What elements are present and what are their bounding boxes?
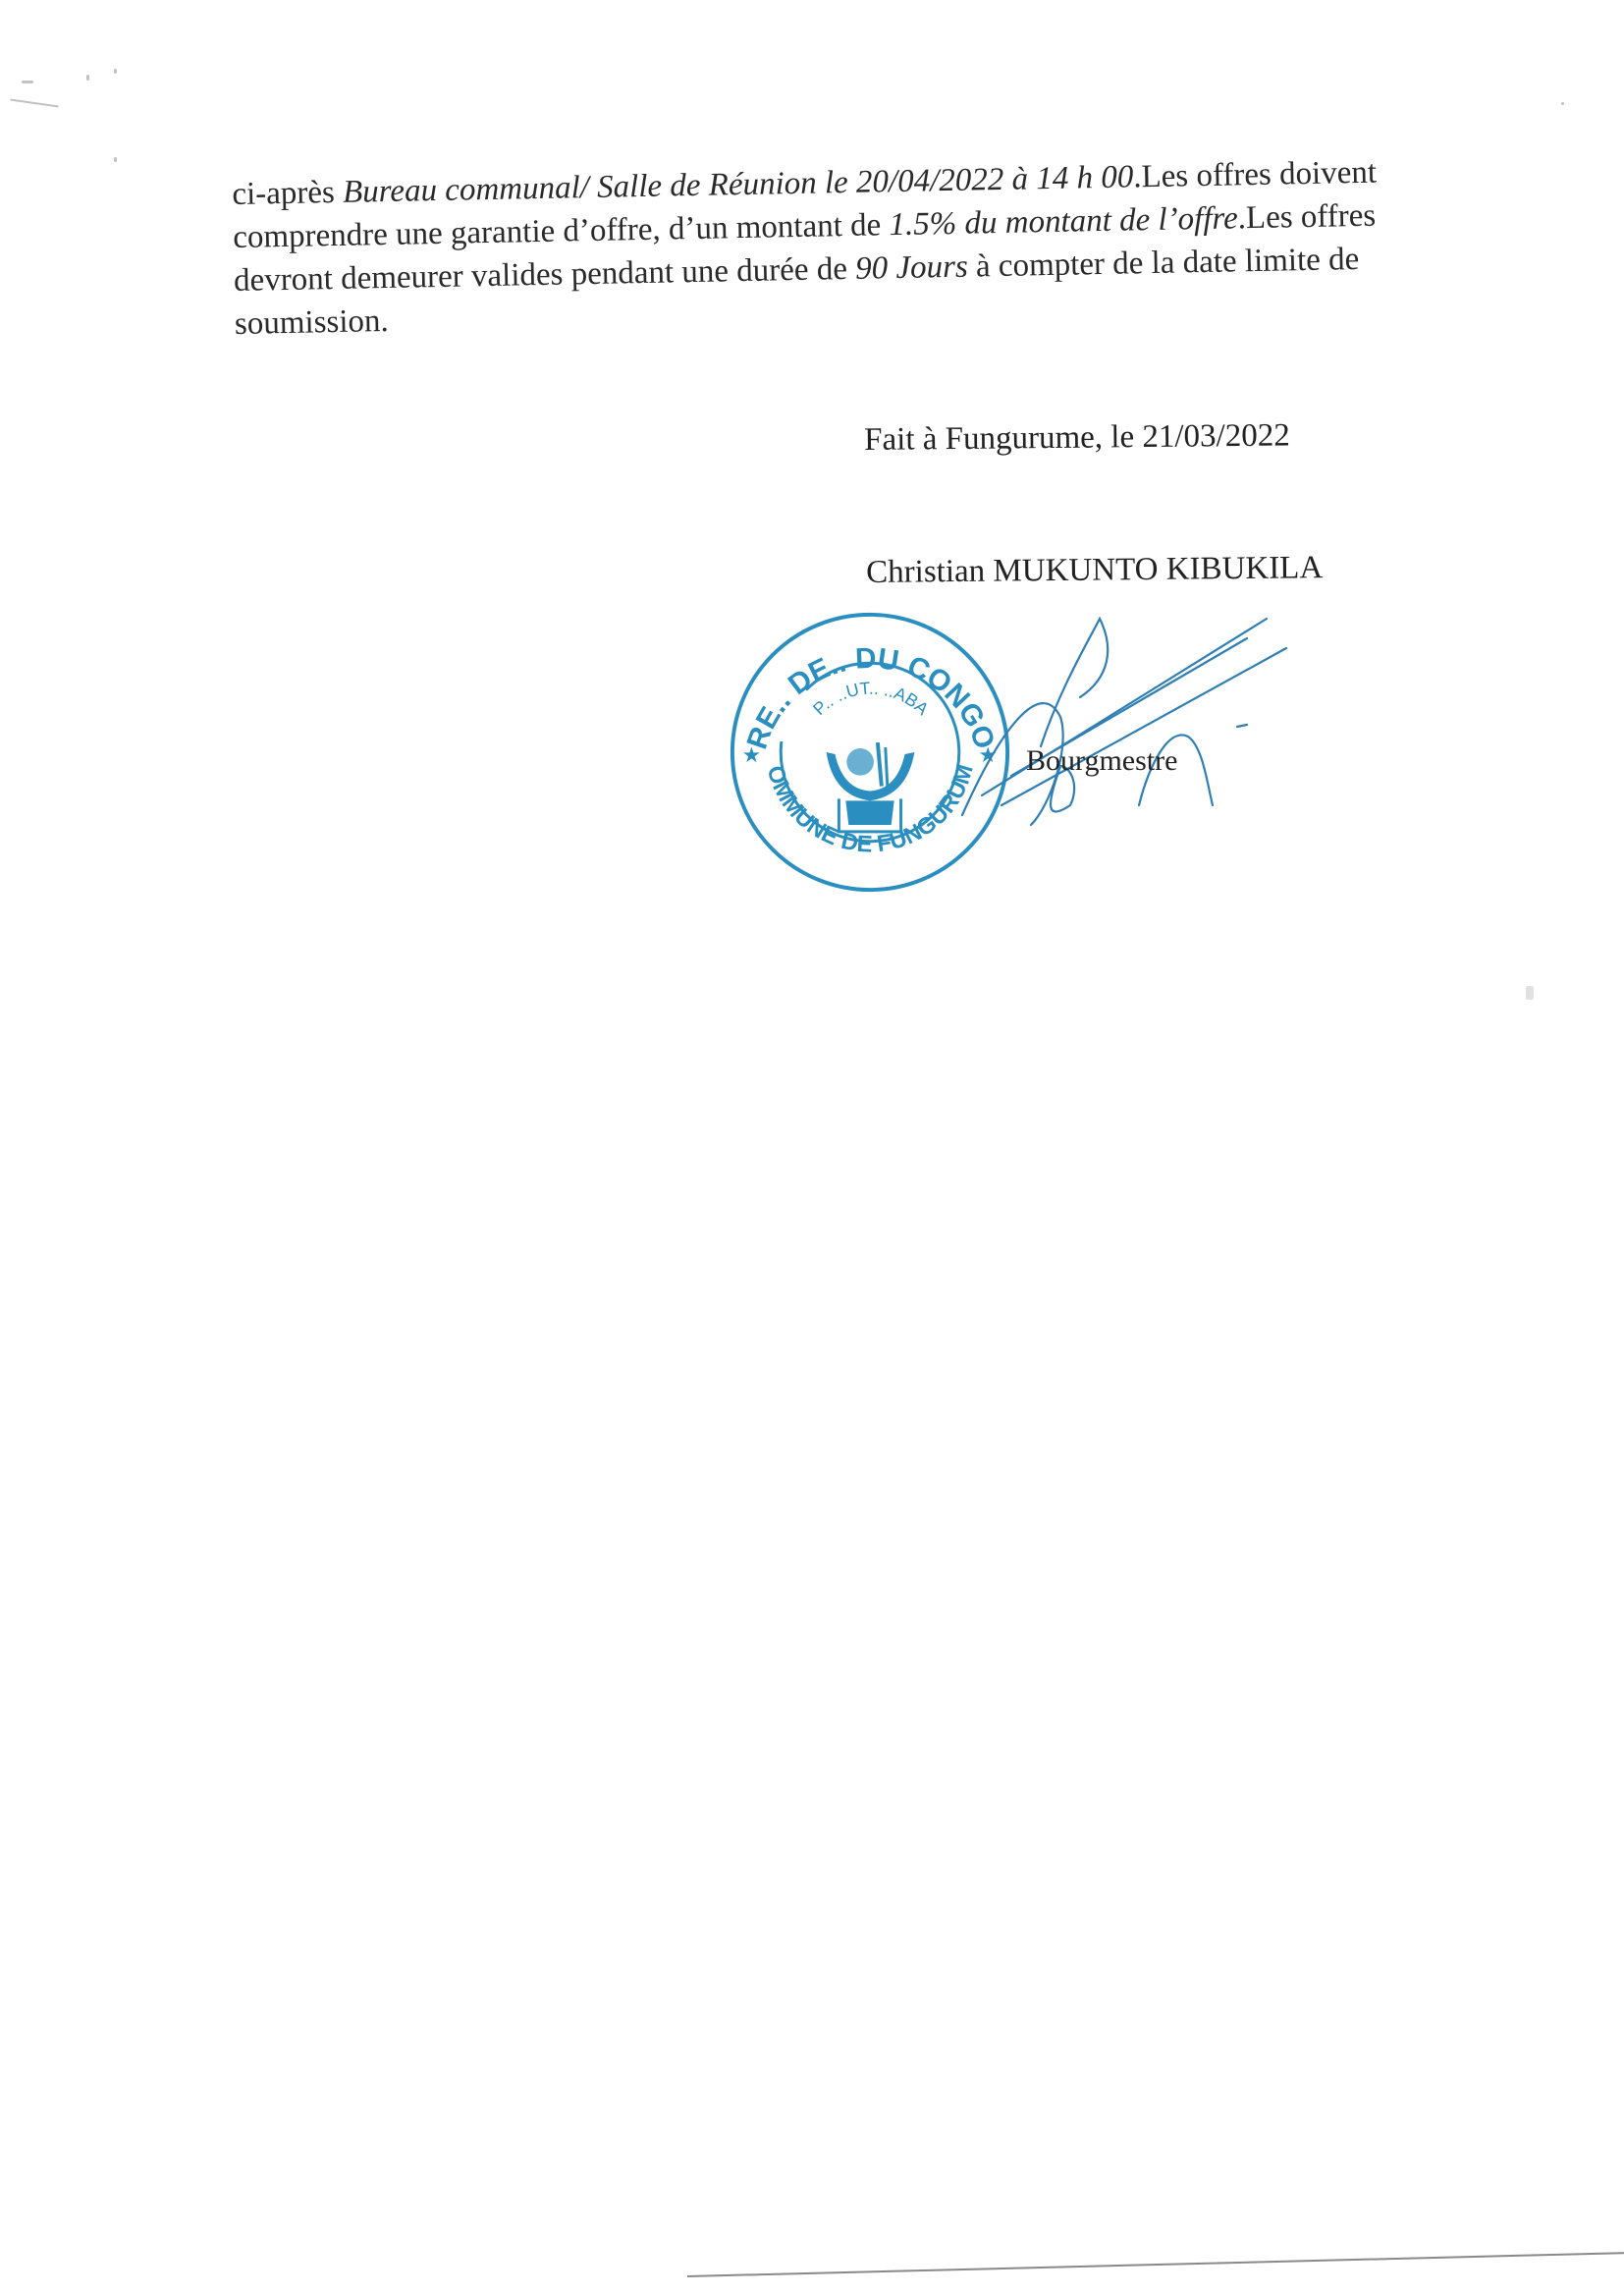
scan-speck bbox=[1561, 102, 1564, 105]
scan-speck bbox=[114, 157, 117, 162]
text-segment: ci-après bbox=[232, 175, 343, 212]
scan-speck bbox=[22, 81, 33, 83]
text-segment: à compter de la date limite de bbox=[967, 242, 1359, 285]
text-segment: soumission. bbox=[235, 303, 389, 342]
scan-speck bbox=[114, 69, 117, 74]
scan-speck bbox=[86, 75, 89, 81]
emphasized-text: 1.5% du montant de l’offre bbox=[889, 200, 1238, 243]
text-segment: .Les offres bbox=[1237, 198, 1376, 237]
scan-edge-line bbox=[687, 2239, 1624, 2278]
text-segment: .Les offres doivent bbox=[1133, 155, 1377, 195]
scan-speck bbox=[1526, 986, 1534, 1000]
scan-speck bbox=[10, 99, 59, 108]
scanned-page: ci-après Bureau communal/ Salle de Réuni… bbox=[0, 0, 1624, 2296]
coat-of-arms-icon bbox=[827, 742, 915, 832]
body-paragraph: ci-après Bureau communal/ Salle de Réuni… bbox=[232, 150, 1423, 346]
place-and-date: Fait à Fungurume, le 21/03/2022 bbox=[864, 417, 1290, 459]
text-segment: devront demeurer valides pendant une dur… bbox=[234, 251, 856, 299]
stamp-star-icon: ★ bbox=[742, 743, 761, 767]
emphasized-text: 90 Jours bbox=[855, 249, 968, 287]
handwritten-signature bbox=[943, 579, 1316, 835]
signatory-title: Bourgmestre bbox=[1026, 744, 1177, 778]
